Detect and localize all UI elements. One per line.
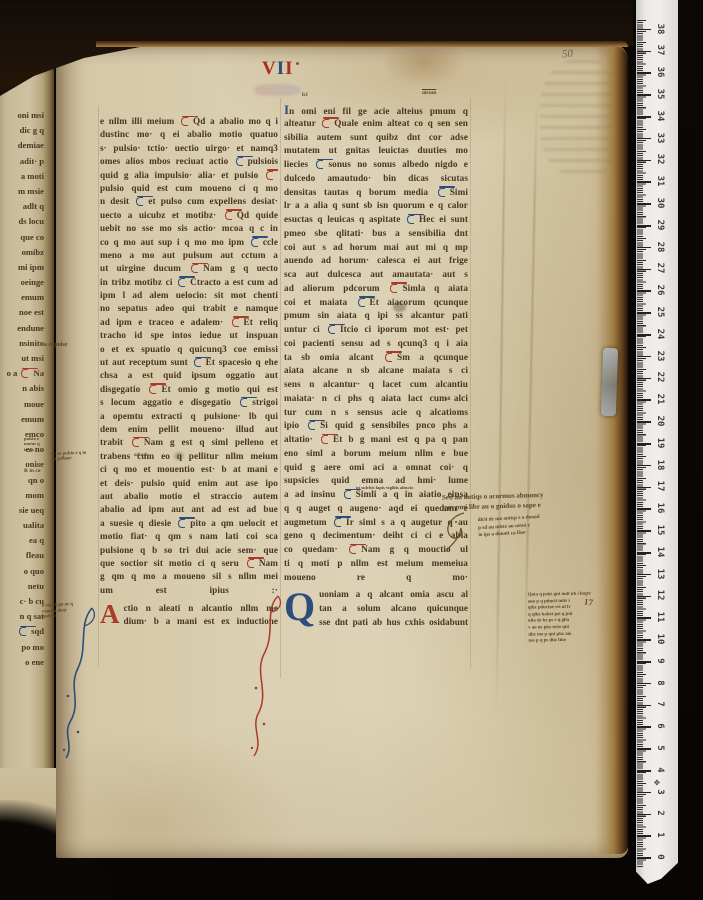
parchment-crease xyxy=(496,74,507,714)
ruler-cm-tick xyxy=(637,705,651,707)
paragraph-mark xyxy=(178,277,188,286)
ruler-cm-label: 22 xyxy=(655,368,665,386)
ruler-cm-label: 7 xyxy=(655,695,665,713)
manuscript-line: a ad insinu Simli a q in aiatio einsa xyxy=(284,488,468,502)
superscript-gloss: ulcum xyxy=(422,90,436,96)
manuscript-line: o a Na xyxy=(0,366,44,381)
manuscript-line: lr a a alia q sunt sb isn quorum e q cal… xyxy=(284,199,468,213)
ruler-cm-label: 9 xyxy=(655,652,665,670)
manuscript-line: que co xyxy=(0,230,44,245)
ruler-cm-label: 6 xyxy=(655,717,665,735)
ruler-cm-tick xyxy=(637,225,651,227)
manuscript-line: densitas tautas q borum media Simi xyxy=(284,186,468,200)
ruler-cm-tick xyxy=(637,181,651,183)
ruler-cm-tick xyxy=(637,814,651,816)
manuscript-line: mutatem ut gnitas leuictas duuties mo xyxy=(284,144,468,158)
ruler-cm-label: 17 xyxy=(655,477,665,495)
ruler-cm-tick xyxy=(637,312,651,314)
paragraph-mark xyxy=(21,368,31,377)
ruler-cm-label: 2 xyxy=(655,804,665,822)
manuscript-line: e nllm illi meium Qd a abalio mo q i xyxy=(100,115,278,128)
paragraph-mark xyxy=(322,118,332,127)
manuscript-line: a suesie q diesie pito a qm uelocit et xyxy=(100,517,278,530)
ruler-cm-label: 31 xyxy=(655,172,665,190)
previous-page-edge: oni msidic g qdemiaeadit· pa motim msiea… xyxy=(0,58,54,806)
ruler-cm-label: 11 xyxy=(655,608,665,626)
paragraph-mark xyxy=(247,558,257,567)
ruler-cm-label: 33 xyxy=(655,129,665,147)
ruler-cm-label: 23 xyxy=(655,347,665,365)
ruler-cm-tick xyxy=(637,574,651,576)
penwork-flourish-blue xyxy=(58,604,102,764)
manuscript-line: et deis· pulsio quid enim aut ase ipo xyxy=(100,477,278,490)
folio-number: 50 xyxy=(561,48,573,61)
manuscript-line: ut uirgine ducum Nam g q uecto xyxy=(100,262,278,275)
manuscript-line: emum xyxy=(0,412,44,427)
manuscript-line: ti q moti p nllm est meium memeiua xyxy=(284,557,468,571)
manuscript-line: oni msi xyxy=(0,108,44,123)
ruler-cm-tick xyxy=(637,421,651,423)
manuscript-line: coi aut s ad horum mai aut mi q mp xyxy=(284,241,468,255)
ruling-line xyxy=(470,98,471,668)
ruler-cm-tick xyxy=(637,138,651,140)
manuscript-line: aut abalio motio el straccio autem xyxy=(100,490,278,503)
ruler-cm-tick xyxy=(637,378,651,380)
manuscript-line: fleau xyxy=(0,548,44,563)
manuscript-line: o ene xyxy=(0,655,44,670)
manuscript-line: untur ci Itcio ci iporum mot est· pet xyxy=(284,323,468,337)
ruler-cm-label: 8 xyxy=(655,674,665,692)
manuscript-line: sca aut dulcesca aut amautata· aut s xyxy=(284,268,468,282)
manuscript-line: geno q decimentum· deiht ci ci e abla xyxy=(284,529,468,543)
manuscript-line: ds locu xyxy=(0,214,44,229)
paragraph-mark xyxy=(344,489,354,498)
ruler-logo: ❖ xyxy=(652,779,661,786)
page-holding-clip xyxy=(601,348,618,416)
ruler-cm-label: 30 xyxy=(655,194,665,212)
manuscript-line: uecto a uicubz et motibz· Qd quide xyxy=(100,209,278,222)
manuscript-line: ut msi xyxy=(0,351,44,366)
manuscript-line: que soctior sit motio ci q seru Nam xyxy=(100,557,278,570)
paragraph-mark xyxy=(181,116,191,125)
parchment-crease xyxy=(524,94,538,654)
manuscript-line: omes alios mbos reciuat actio pulsiois xyxy=(100,155,278,168)
manuscript-page: VII 50 e nllm illi meium Qd a abalio mo … xyxy=(56,44,628,858)
ruler-cm-tick xyxy=(637,51,651,53)
manuscript-line: dem enim pellit moueno· illud aut xyxy=(100,423,278,436)
manuscript-line: meno a mo aut pulsum aut cctum a xyxy=(100,249,278,262)
manuscript-line: nsinito xyxy=(0,336,44,351)
paragraph-mark xyxy=(191,263,201,272)
manuscript-line: pmeo sbe qlitati· bus a sensibilia dnt xyxy=(284,227,468,241)
manuscript-line: sse dnt pati ab hus cxhis osidabunt xyxy=(319,616,468,630)
ruler-cm-label: 10 xyxy=(655,630,665,648)
manuscript-line: c· b cu xyxy=(0,594,44,609)
gutter-gloss: pulsio emotus qin po xyxy=(24,436,54,452)
initial-q-paragraph: Q uoniam a q alcant omia ascu altan a so… xyxy=(284,588,468,629)
ruler-cm-label: 19 xyxy=(655,434,665,452)
ruler-cm-tick xyxy=(637,72,651,74)
ruler-cm-tick xyxy=(637,639,651,641)
ruler-cm-tick xyxy=(637,683,651,685)
gutter-gloss: R in co xyxy=(24,468,41,474)
manuscript-line: ad ipm e traceo e adalem· Et reliq xyxy=(100,316,278,329)
manuscript-line: sa pellant· xyxy=(52,454,104,461)
ruler-cm-label: 12 xyxy=(655,586,665,604)
paragraph-mark xyxy=(178,518,188,527)
previous-page-text-fragments: oni msidic g qdemiaeadit· pa motim msiea… xyxy=(0,108,44,670)
ruler-cm-label: 27 xyxy=(655,259,665,277)
manuscript-line: qn o xyxy=(0,473,44,488)
ruler-cm-tick xyxy=(637,857,651,859)
manuscript-line: esuctas q leuicas q aspitate Hec ei sunt xyxy=(284,213,468,227)
ruler-cm-tick xyxy=(637,247,651,249)
ruler-cm-tick xyxy=(637,726,651,728)
manuscript-line: omibz xyxy=(0,245,44,260)
manuscript-line: mo p q ps dbz fine xyxy=(528,638,594,646)
ruler-cm-label: 35 xyxy=(655,85,665,103)
manuscript-line: dustinc mo· q ei abalio motio quatuo xyxy=(100,128,278,141)
manuscript-line: sqd xyxy=(0,624,44,639)
paragraph-mark xyxy=(132,437,142,446)
manuscript-line: sibilia autem sunt quibz dnt cor adse xyxy=(284,131,468,145)
heading-showthrough xyxy=(254,84,300,96)
manuscript-line: oeinge xyxy=(0,275,44,290)
text-column-right: In omi eni fil ge acie alteius pmum qalt… xyxy=(284,103,468,584)
ruling-line xyxy=(280,98,281,678)
paragraph-mark xyxy=(266,170,276,179)
measurement-ruler: 0123456789101112131415161718192021222324… xyxy=(636,0,678,884)
paragraph-mark xyxy=(225,210,235,219)
ruler-cm-tick xyxy=(637,334,651,336)
gutter-gloss: S· ex pulsio e q insa pellant· xyxy=(52,449,104,462)
paragraph-mark xyxy=(334,517,344,526)
ruler-cm-tick xyxy=(637,290,651,292)
superscript-gloss: di xyxy=(446,396,451,402)
manuscript-line: abalio ad ipm aut ant ad est ad bue xyxy=(100,503,278,516)
ruler-cm-label: 14 xyxy=(655,543,665,561)
colored-initial-i: I xyxy=(284,103,289,117)
ruler-cm-label: 1 xyxy=(655,826,665,844)
manuscript-line: quid g aere omi aci a omnat coi· q xyxy=(284,461,468,475)
ruler-cm-label: 37 xyxy=(655,41,665,59)
ruler-cm-tick xyxy=(637,356,651,358)
ruler-cm-tick xyxy=(637,552,651,554)
ruler-cm-tick xyxy=(637,487,651,489)
ruler-cm-tick xyxy=(637,399,651,401)
manuscript-line: dulcedo amautudo· bin dicas sicutas xyxy=(284,172,468,186)
ruler-cm-tick xyxy=(637,508,651,510)
ruler-cm-tick xyxy=(637,748,651,750)
manuscript-line: a moti xyxy=(0,169,44,184)
decorated-initial-q: Q xyxy=(284,588,315,626)
ruler-cm-label: 32 xyxy=(655,150,665,168)
margin-doodle xyxy=(442,510,470,554)
paragraph-mark xyxy=(308,420,318,429)
ruler-cm-label: 34 xyxy=(655,107,665,125)
manuscript-line: uoniam a q alcant omia ascu al xyxy=(319,588,468,602)
manuscript-line: liecies sonus no sonus albedo nigdo e xyxy=(284,158,468,172)
manuscript-line: sie ueq xyxy=(0,503,44,518)
ruler-cm-tick xyxy=(637,596,651,598)
decorated-initial-a: A xyxy=(100,602,120,627)
paragraph-mark xyxy=(236,156,246,165)
ruler-cm-tick xyxy=(637,269,651,271)
manuscript-line: m msie xyxy=(0,184,44,199)
ruler-cm-label: 16 xyxy=(655,499,665,517)
superscript-gloss: ad ad xyxy=(134,452,147,458)
interlinear-gloss: ut sulchis lapis vigiliis alnscio xyxy=(356,485,413,490)
manuscript-line: in tribz motibz ci Ctracto a est cum ad xyxy=(100,276,278,289)
manuscript-line: uebit no sse mo sis actio· mcoa q c in xyxy=(100,222,278,235)
penwork-flourish-red xyxy=(248,592,288,762)
ruler-cm-tick xyxy=(637,792,651,794)
manuscript-line: netu xyxy=(0,579,44,594)
manuscript-line: n desit et pulso cum expellens desiat· xyxy=(100,195,278,208)
manuscript-line: dic g q xyxy=(0,123,44,138)
manuscript-line: adit· p xyxy=(0,154,44,169)
manuscript-line: ipm l ad alem uelocio: sit mot chenti xyxy=(100,289,278,302)
manuscript-line: tur cum n s sensus acie q alcatioms xyxy=(284,406,468,420)
manuscript-line: noe est xyxy=(0,305,44,320)
manuscript-line: mi ipm xyxy=(0,260,44,275)
margin-note-number: 17 xyxy=(583,596,593,607)
heading-letter: I xyxy=(285,58,293,79)
manuscript-line: trabit Nam g est q siml pelleno et xyxy=(100,436,278,449)
manuscript-line: co q mo aut sup i q mo mo ipm ccle xyxy=(100,236,278,249)
manuscript-line: sens n alcantur· q lacet cum alcantiu xyxy=(284,378,468,392)
paragraph-mark xyxy=(136,196,146,205)
ruler-cm-tick xyxy=(637,835,651,837)
manuscript-line: ta sb omia alcant Sm a qcunque xyxy=(284,351,468,365)
manuscript-line: in po xyxy=(24,447,54,452)
ink-spot xyxy=(296,62,299,65)
ruler-cm-label: 5 xyxy=(655,739,665,757)
manuscript-line: pulsio quid est cum moueno ci q mo xyxy=(100,182,278,195)
paragraph-mark xyxy=(328,324,338,333)
chapter-number-heading: VII xyxy=(262,58,294,80)
ruler-cm-label: 4 xyxy=(655,761,665,779)
manuscript-line: coi et maiata Et aiacorum qcunque xyxy=(284,296,468,310)
ruler-cm-label: 0 xyxy=(655,848,665,866)
manuscript-line: s· pulsio· tctio· uectio uirgo· et namq3 xyxy=(100,142,278,155)
ruler-cm-tick xyxy=(637,160,651,162)
manuscript-line: g qm q mo a moueno sil s nllm mei xyxy=(100,570,278,583)
manuscript-line: pmum sin aiata q ipi ss alcantur pati xyxy=(284,309,468,323)
ruler-cm-label: 26 xyxy=(655,281,665,299)
manuscript-line: endune xyxy=(0,321,44,336)
text-column-left: e nllm illi meium Qd a abalio mo q idust… xyxy=(100,115,278,597)
ruler-cm-tick xyxy=(637,29,651,31)
manuscript-line: moueno re q mo· xyxy=(284,571,468,585)
manuscript-line: q q auget q augeno· aqd ei quedam e xyxy=(284,502,468,516)
manuscript-line: quid g alia impulsio· alia· et pulsio xyxy=(100,169,278,182)
paragraph-mark xyxy=(349,544,359,553)
manuscript-line: auendo ad horum· calesca ei aut frige xyxy=(284,254,468,268)
manuscript-line: o et ex spuatio q quicunq3 coe emissi xyxy=(100,343,278,356)
paragraph-mark xyxy=(390,283,400,292)
ruler-cm-label: 29 xyxy=(655,216,665,234)
manuscript-line: ualita xyxy=(0,518,44,533)
manuscript-line: demiae xyxy=(0,138,44,153)
manuscript-line: ci q mo et mouentio est· b at mani e xyxy=(100,463,278,476)
manuscript-line: altatio· Et b g mani est q pa q pan xyxy=(284,433,468,447)
ruler-cm-tick xyxy=(637,465,651,467)
manuscript-line: disgegatio Et omio g motio qui est xyxy=(100,383,278,396)
manuscript-line: adlt q xyxy=(0,199,44,214)
manuscript-line: s locum aggatio e disgegatio strigoi xyxy=(100,396,278,409)
manuscript-line: augmetum Ir siml s a q augetur q au xyxy=(284,516,468,530)
ruler-cm-tick xyxy=(637,203,651,205)
manuscript-line: n q sat xyxy=(0,609,44,624)
paragraph-mark xyxy=(19,626,29,635)
paragraph-mark xyxy=(251,237,261,246)
paragraph-mark xyxy=(316,159,326,168)
gutter-gloss: a expulse xyxy=(44,342,68,348)
manuscript-line: motio fiat· q qm s nam lati coi sca xyxy=(100,530,278,543)
manuscript-line: tan a solum alcano quicunque xyxy=(319,602,468,616)
manuscript-line: maiata· n ci phs q aiata lact cum alci xyxy=(284,392,468,406)
manuscript-line: eno siml a borum meium nllm e bue xyxy=(284,447,468,461)
paragraph-mark xyxy=(149,384,159,393)
manuscript-line: ea q xyxy=(0,533,44,548)
page-edge-stack xyxy=(596,46,628,854)
ruler-cm-label: 38 xyxy=(655,20,665,38)
paragraph-mark xyxy=(407,214,417,223)
ruler-cm-label: 21 xyxy=(655,390,665,408)
manuscript-line: no sepatus adeo qui trabit e namque xyxy=(100,302,278,315)
ruler-cm-tick xyxy=(637,530,651,532)
paragraph-mark xyxy=(232,317,242,326)
ruler-cm-tick xyxy=(637,116,651,118)
ruler-cm-label: 18 xyxy=(655,456,665,474)
manuscript-line: chsa a est quid ipsum oggatio aut xyxy=(100,369,278,382)
manuscript-line: n abis xyxy=(0,381,44,396)
manuscript-line: pulsione q b so tri dui acie sem· que xyxy=(100,544,278,557)
ruler-cm-tick xyxy=(637,443,651,445)
ruler-cm-label: 25 xyxy=(655,303,665,321)
manuscript-line: coi pacienti sensu ad s qcunq3 q i aia xyxy=(284,337,468,351)
gutter-gloss: n sta ex po ar qcome a distriush io xyxy=(42,600,103,620)
manuscript-line: ut aut receptum sunt Et spacesio q ehe xyxy=(100,356,278,369)
manuscript-line: aiata alcane n sb alcane maiata s ci xyxy=(284,364,468,378)
heading-letter: I xyxy=(277,58,285,79)
manuscript-line: tracho id spe intos iedue ut inspuan xyxy=(100,329,278,342)
heading-letter: V xyxy=(262,58,277,79)
manuscript-line: alteatur Quale enim alteat co q sen sen xyxy=(284,117,468,131)
superscript-gloss: b3 xyxy=(302,92,308,98)
ruler-cm-label: 24 xyxy=(655,325,665,343)
ruler-cm-tick xyxy=(637,617,651,619)
margin-note-sub: dicit de mo antiqs e o donadp sd au mist… xyxy=(477,511,598,540)
manuscript-line: ipio Si quid g sensibiles pnco phs a xyxy=(284,419,468,433)
manuscript-line: In omi eni fil ge acie alteius pmum q xyxy=(284,103,468,117)
manuscript-line: mom xyxy=(0,488,44,503)
ruler-cm-tick xyxy=(637,661,651,663)
ruler-cm-label: 36 xyxy=(655,63,665,81)
ruler-cm-tick xyxy=(637,770,651,772)
manuscript-line: a opemtu extracti q pulsione· lb qui xyxy=(100,410,278,423)
paragraph-mark xyxy=(438,187,448,196)
manuscript-line: o quo xyxy=(0,564,44,579)
manuscript-line: emum xyxy=(0,290,44,305)
ruling-line xyxy=(98,106,99,666)
manuscript-line: po mo xyxy=(0,640,44,655)
ruler-cm-label: 20 xyxy=(655,412,665,430)
ruler-cm-label: 28 xyxy=(655,238,665,256)
paragraph-mark xyxy=(321,434,331,443)
paragraph-mark xyxy=(194,357,204,366)
paragraph-mark xyxy=(385,352,395,361)
manuscript-photo-scene: oni msidic g qdemiaeadit· pa motim msiea… xyxy=(0,0,703,900)
page-top-edge xyxy=(96,41,628,47)
manuscript-line: ad aliorum pdcorum Simla q aiata xyxy=(284,282,468,296)
ruler-cm-label: 13 xyxy=(655,565,665,583)
manuscript-line: co quedam· Nam g q mouctio ul xyxy=(284,543,468,557)
ruler-cm-tick xyxy=(637,94,651,96)
manuscript-line: trabens cum eo q pellitur nllm meium xyxy=(100,450,278,463)
ruler-cm-label: 15 xyxy=(655,521,665,539)
paragraph-mark xyxy=(240,397,250,406)
manuscript-line: moue xyxy=(0,397,44,412)
paragraph-mark xyxy=(358,297,368,306)
